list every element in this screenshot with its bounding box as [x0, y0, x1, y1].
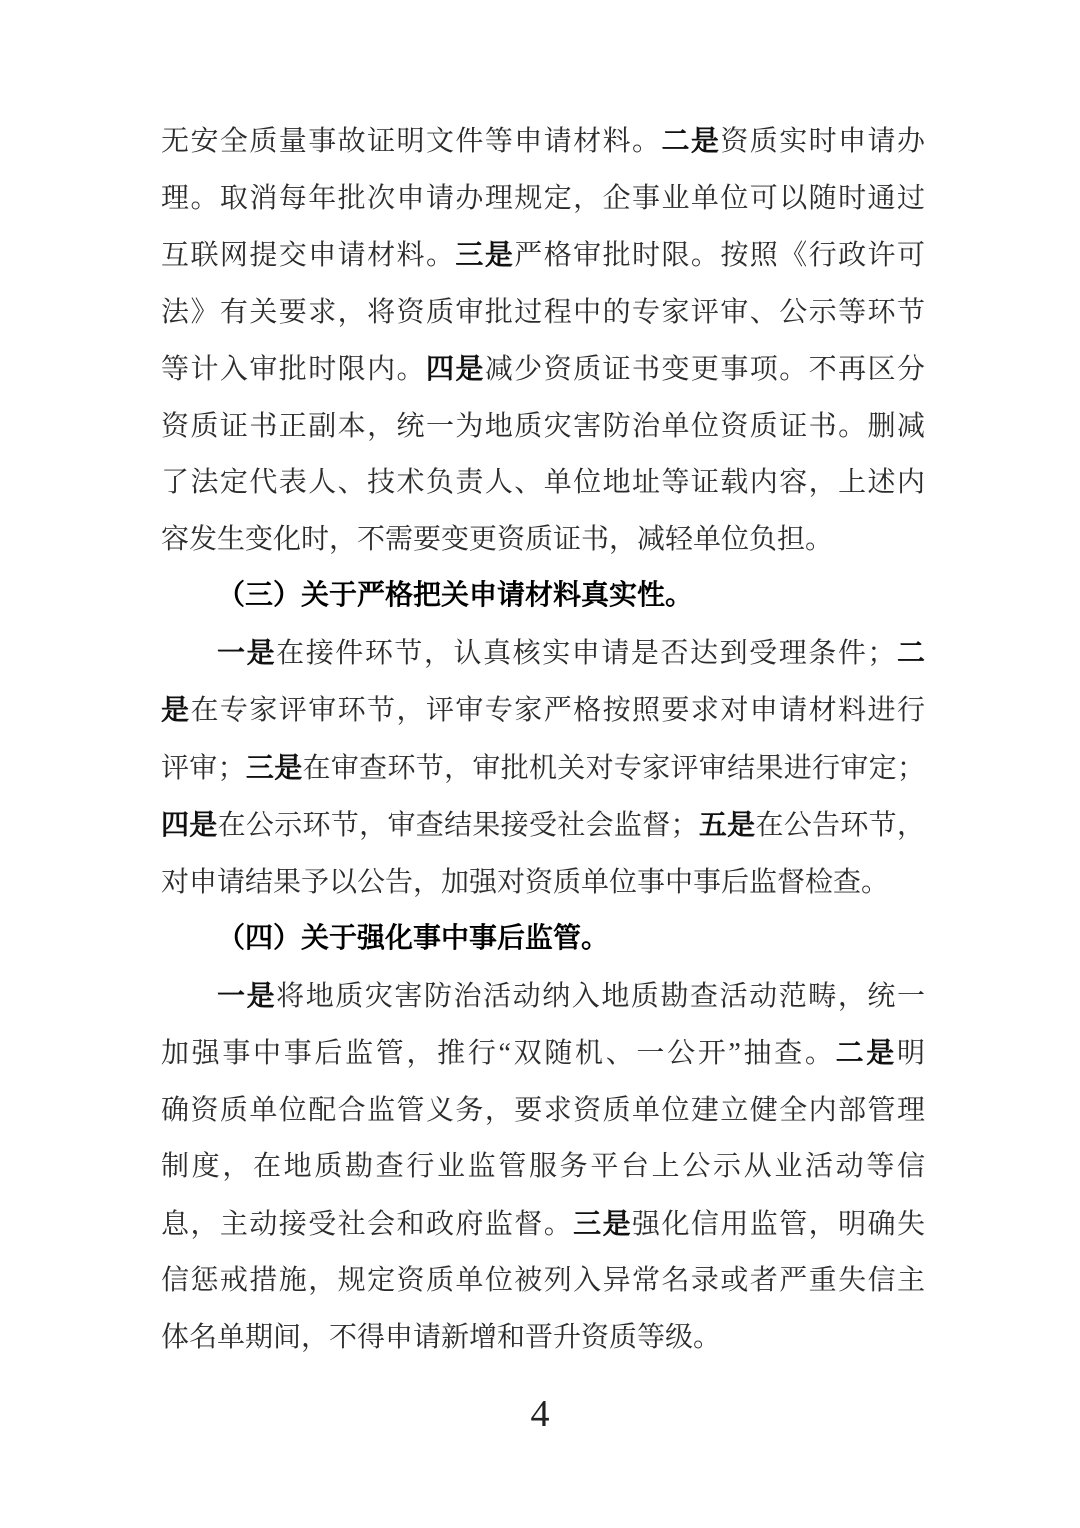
emphasis-text: 二是 — [661, 125, 720, 156]
body-text: 在公告环节， — [755, 810, 925, 841]
body-text: 严格审批时限。按照《行政许可 — [514, 240, 925, 271]
text-line: 一是将地质灾害防治活动纳入地质勘查活动范畴，统一 — [161, 968, 925, 1026]
emphasis-text: 二 — [895, 637, 925, 668]
text-line: 等计入审批时限内。四是减少资质证书变更事项。不再区分 — [161, 341, 925, 399]
page-body: 无安全质量事故证明文件等申请材料。二是资质实时申请办理。取消每年批次申请办理规定… — [161, 113, 925, 1366]
emphasis-text: 是 — [161, 694, 190, 725]
heading-line: （四）关于强化事中事后监管。 — [161, 911, 925, 968]
page-number: 4 — [0, 1392, 1080, 1436]
emphasis-text: 三是 — [246, 752, 303, 783]
text-line: 理。取消每年批次申请办理规定，企事业单位可以随时通过 — [161, 171, 925, 228]
body-text: 理。取消每年批次申请办理规定，企事业单位可以随时通过 — [161, 183, 925, 214]
text-line: 互联网提交申请材料。三是严格审批时限。按照《行政许可 — [161, 227, 925, 285]
body-text: 体名单期间，不得申请新增和晋升资质等级。 — [161, 1322, 721, 1353]
text-line: 评审；三是在审查环节，审批机关对专家评审结果进行审定； — [161, 740, 925, 798]
emphasis-text: 四是 — [426, 353, 485, 384]
body-text: 无安全质量事故证明文件等申请材料。 — [161, 126, 661, 157]
body-text: 容发生变化时，不需要变更资质证书，减轻单位负担。 — [161, 524, 833, 555]
text-line: 四是在公示环节，审查结果接受社会监督；五是在公告环节， — [161, 797, 925, 855]
text-line: 资质证书正副本，统一为地质灾害防治单位资质证书。删减 — [161, 399, 925, 456]
emphasis-text: 三是 — [455, 239, 514, 270]
emphasis-text: 一是 — [217, 980, 276, 1011]
heading-line: （三）关于严格把关申请材料真实性。 — [161, 568, 925, 625]
body-text: 制度，在地质勘查行业监管服务平台上公示从业活动等信 — [161, 1151, 925, 1182]
body-text: 将地质灾害防治活动纳入地质勘查活动范畴，统一 — [276, 981, 925, 1012]
document-page: 无安全质量事故证明文件等申请材料。二是资质实时申请办理。取消每年批次申请办理规定… — [0, 0, 1080, 1528]
body-text: 在审查环节，审批机关对专家评审结果进行审定； — [303, 753, 925, 784]
text-line: 是在专家评审环节，评审专家严格按照要求对申请材料进行 — [161, 682, 925, 740]
body-text: 强化信用监管，明确失 — [632, 1209, 925, 1240]
emphasis-text: 一是 — [217, 637, 276, 668]
text-line: 无安全质量事故证明文件等申请材料。二是资质实时申请办 — [161, 113, 925, 171]
text-line: 对申请结果予以公告，加强对资质单位事中事后监督检查。 — [161, 855, 925, 912]
emphasis-text: （三）关于严格把关申请材料真实性。 — [217, 580, 693, 611]
body-text: 资质实时申请办 — [720, 126, 925, 157]
text-line: 制度，在地质勘查行业监管服务平台上公示从业活动等信 — [161, 1139, 925, 1196]
text-line: 了法定代表人、技术负责人、单位地址等证载内容，上述内 — [161, 455, 925, 512]
body-text: 息，主动接受社会和政府监督。 — [161, 1209, 573, 1240]
body-text: 加强事中事后监管，推行“双随机、一公开”抽查。 — [161, 1038, 836, 1069]
body-text: 等计入审批时限内。 — [161, 354, 426, 385]
emphasis-text: 三是 — [573, 1208, 632, 1239]
text-line: 息，主动接受社会和政府监督。三是强化信用监管，明确失 — [161, 1196, 925, 1254]
body-text: 在专家评审环节，评审专家严格按照要求对申请材料进行 — [190, 695, 925, 726]
emphasis-text: 四是 — [161, 809, 218, 840]
emphasis-text: 五是 — [699, 809, 756, 840]
body-text: 确资质单位配合监管义务，要求资质单位建立健全内部管理 — [161, 1095, 925, 1126]
emphasis-text: （四）关于强化事中事后监管。 — [217, 923, 609, 954]
text-line: 加强事中事后监管，推行“双随机、一公开”抽查。二是明 — [161, 1025, 925, 1083]
text-line: 信惩戒措施，规定资质单位被列入异常名录或者严重失信主 — [161, 1253, 925, 1310]
body-text: 明 — [897, 1038, 925, 1069]
body-text: 在公示环节，审查结果接受社会监督； — [218, 810, 699, 841]
body-text: 评审； — [161, 753, 246, 784]
body-text: 法》有关要求，将资质审批过程中的专家评审、公示等环节 — [161, 297, 925, 328]
body-text: 了法定代表人、技术负责人、单位地址等证载内容，上述内 — [161, 467, 925, 498]
text-line: 容发生变化时，不需要变更资质证书，减轻单位负担。 — [161, 512, 925, 569]
body-text: 在接件环节，认真核实申请是否达到受理条件； — [276, 638, 895, 669]
body-text: 对申请结果予以公告，加强对资质单位事中事后监督检查。 — [161, 867, 889, 898]
body-text: 资质证书正副本，统一为地质灾害防治单位资质证书。删减 — [161, 411, 925, 442]
text-line: 确资质单位配合监管义务，要求资质单位建立健全内部管理 — [161, 1083, 925, 1140]
emphasis-text: 二是 — [836, 1037, 897, 1068]
text-line: 体名单期间，不得申请新增和晋升资质等级。 — [161, 1310, 925, 1367]
body-text: 信惩戒措施，规定资质单位被列入异常名录或者严重失信主 — [161, 1265, 925, 1296]
body-text: 互联网提交申请材料。 — [161, 240, 455, 271]
text-line: 法》有关要求，将资质审批过程中的专家评审、公示等环节 — [161, 285, 925, 342]
body-text: 减少资质证书变更事项。不再区分 — [485, 354, 925, 385]
text-line: 一是在接件环节，认真核实申请是否达到受理条件；二 — [161, 625, 925, 683]
